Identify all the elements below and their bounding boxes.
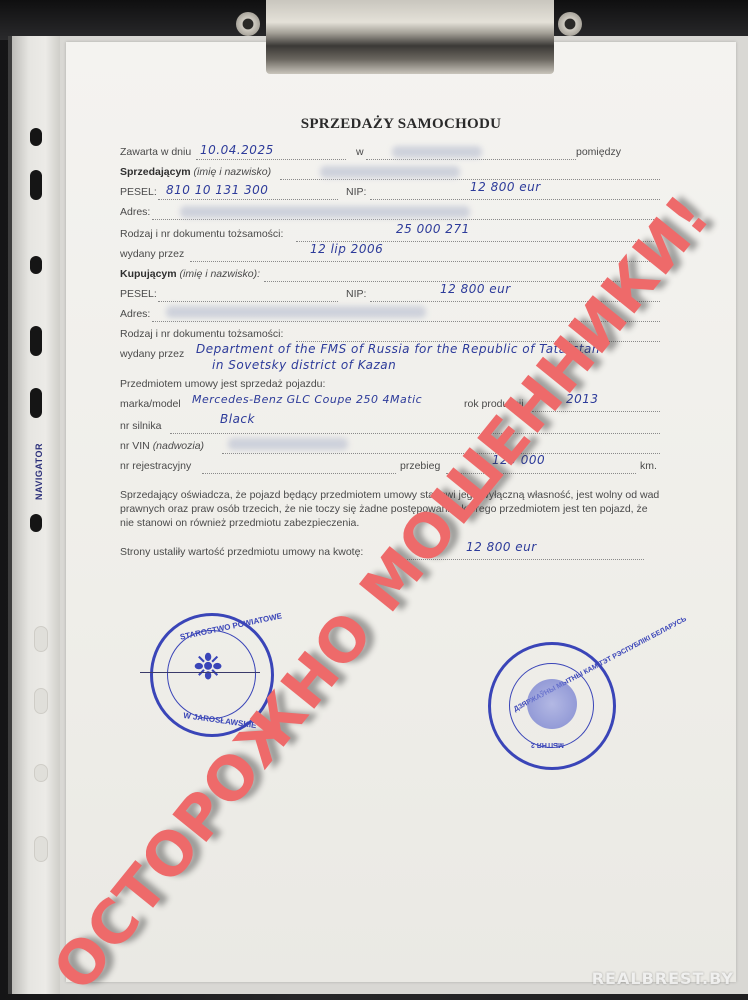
buyer-nip-label: NIP: [346,288,366,300]
date-row: Zawarta w dniu [120,146,191,158]
seller-id-doc-label: Rodzaj i nr dokumentu tożsamości: [120,228,283,240]
buyer-label: Kupującym [120,268,177,280]
punch-hole [30,514,42,532]
belarus-customs-stamp: ДЗЯРЖАЎНЫ МЫТНЫ КАМІТЭТ РЭСПУБЛІКІ БЕЛАР… [488,642,616,770]
buyer-nip-value: 12 800 eur [440,282,511,296]
seller-pesel-value: 810 10 131 300 [166,183,268,197]
dotted-line [158,199,338,200]
redacted-buyer-address [166,306,426,318]
buyer-pesel-label: PESEL: [120,288,157,300]
dotted-line [152,219,660,220]
eagle-emblem-icon: ❉ [193,646,223,688]
punch-hole [34,688,48,714]
buyer-issued-by-value-line2: in Sovetsky district of Kazan [212,358,396,372]
reg-label: nr rejestracyjny [120,460,191,472]
signature-line [140,672,260,673]
make-model-label: marka/model [120,398,181,410]
mileage-unit: km. [640,460,657,472]
vin-hint: (nadwozia) [153,440,204,452]
dotted-line [196,159,346,160]
price-value: 12 800 eur [466,540,537,554]
punch-hole [30,128,42,146]
punch-hole [30,256,42,274]
seller-pesel-label: PESEL: [120,186,157,198]
dotted-line [370,199,660,200]
redacted-place [392,146,482,158]
seller-row: Sprzedającym (imię i nazwisko) [120,166,271,178]
clip-rivet [558,12,582,36]
seller-issued-by-value: 12 lip 2006 [310,242,383,256]
seller-nip-label: NIP: [346,186,366,198]
mileage-label: przebieg [400,460,440,472]
redacted-seller-name [320,166,460,178]
buyer-id-doc-label: Rodzaj i nr dokumentu tożsamości: [120,328,283,340]
seller-nip-value: 12 800 eur [470,180,541,194]
punch-hole [34,836,48,862]
punch-hole [30,170,42,200]
date-label: Zawarta w dniu [120,146,191,158]
stamp-right-inner-text: МЫТНЯ 2 [531,741,564,748]
buyer-row: Kupującym (imię i nazwisko): [120,268,260,280]
seller-id-doc-value: 25 000 271 [396,222,470,236]
place-label: w [356,146,364,158]
price-label: Strony ustaliły wartość przedmiotu umowy… [120,546,363,558]
clip-rivet [236,12,260,36]
seller-declaration: Sprzedający oświadcza, że pojazd będący … [120,488,660,530]
sleeve-punch-strip [12,36,60,994]
vin-row: nr VIN (nadwozia) [120,440,204,452]
buyer-address-label: Adres: [120,308,150,320]
dotted-line [222,453,660,454]
document-title: SPRZEDAŻY SAMOCHODU [66,116,736,133]
seller-label: Sprzedającym [120,166,191,178]
dotted-line [158,301,338,302]
redacted-vin [228,438,348,450]
seller-hint: (imię i nazwisko) [194,166,272,178]
vin-label: nr VIN [120,440,150,452]
site-watermark: REALBREST.BY [592,969,734,988]
globe-emblem-icon [527,679,577,729]
seller-issued-by-label: wydany przez [120,248,184,260]
punch-hole [30,326,42,356]
subject-label: Przedmiotem umowy jest sprzedaż pojazdu: [120,378,325,390]
make-model-value: Mercedes-Benz GLC Coupe 250 4Matic [192,393,422,406]
punch-hole [34,626,48,652]
redacted-seller-address [180,206,470,218]
punch-hole [30,388,42,418]
buyer-hint: (imię i nazwisko): [180,268,261,280]
dotted-line [190,261,660,262]
engine-value: Black [220,412,255,426]
buyer-issued-by-label: wydany przez [120,348,184,360]
between-label: pomiędzy [576,146,621,158]
engine-label: nr silnika [120,420,161,432]
clipboard-clip[interactable] [236,0,582,74]
date-value: 10.04.2025 [200,143,274,157]
dotted-line [202,473,396,474]
punch-hole [34,764,48,782]
clip-plate [266,0,554,74]
seller-address-label: Adres: [120,206,150,218]
dotted-line [170,433,660,434]
navigator-brand-label: NAVIGATOR [34,443,44,500]
dotted-line [366,159,576,160]
